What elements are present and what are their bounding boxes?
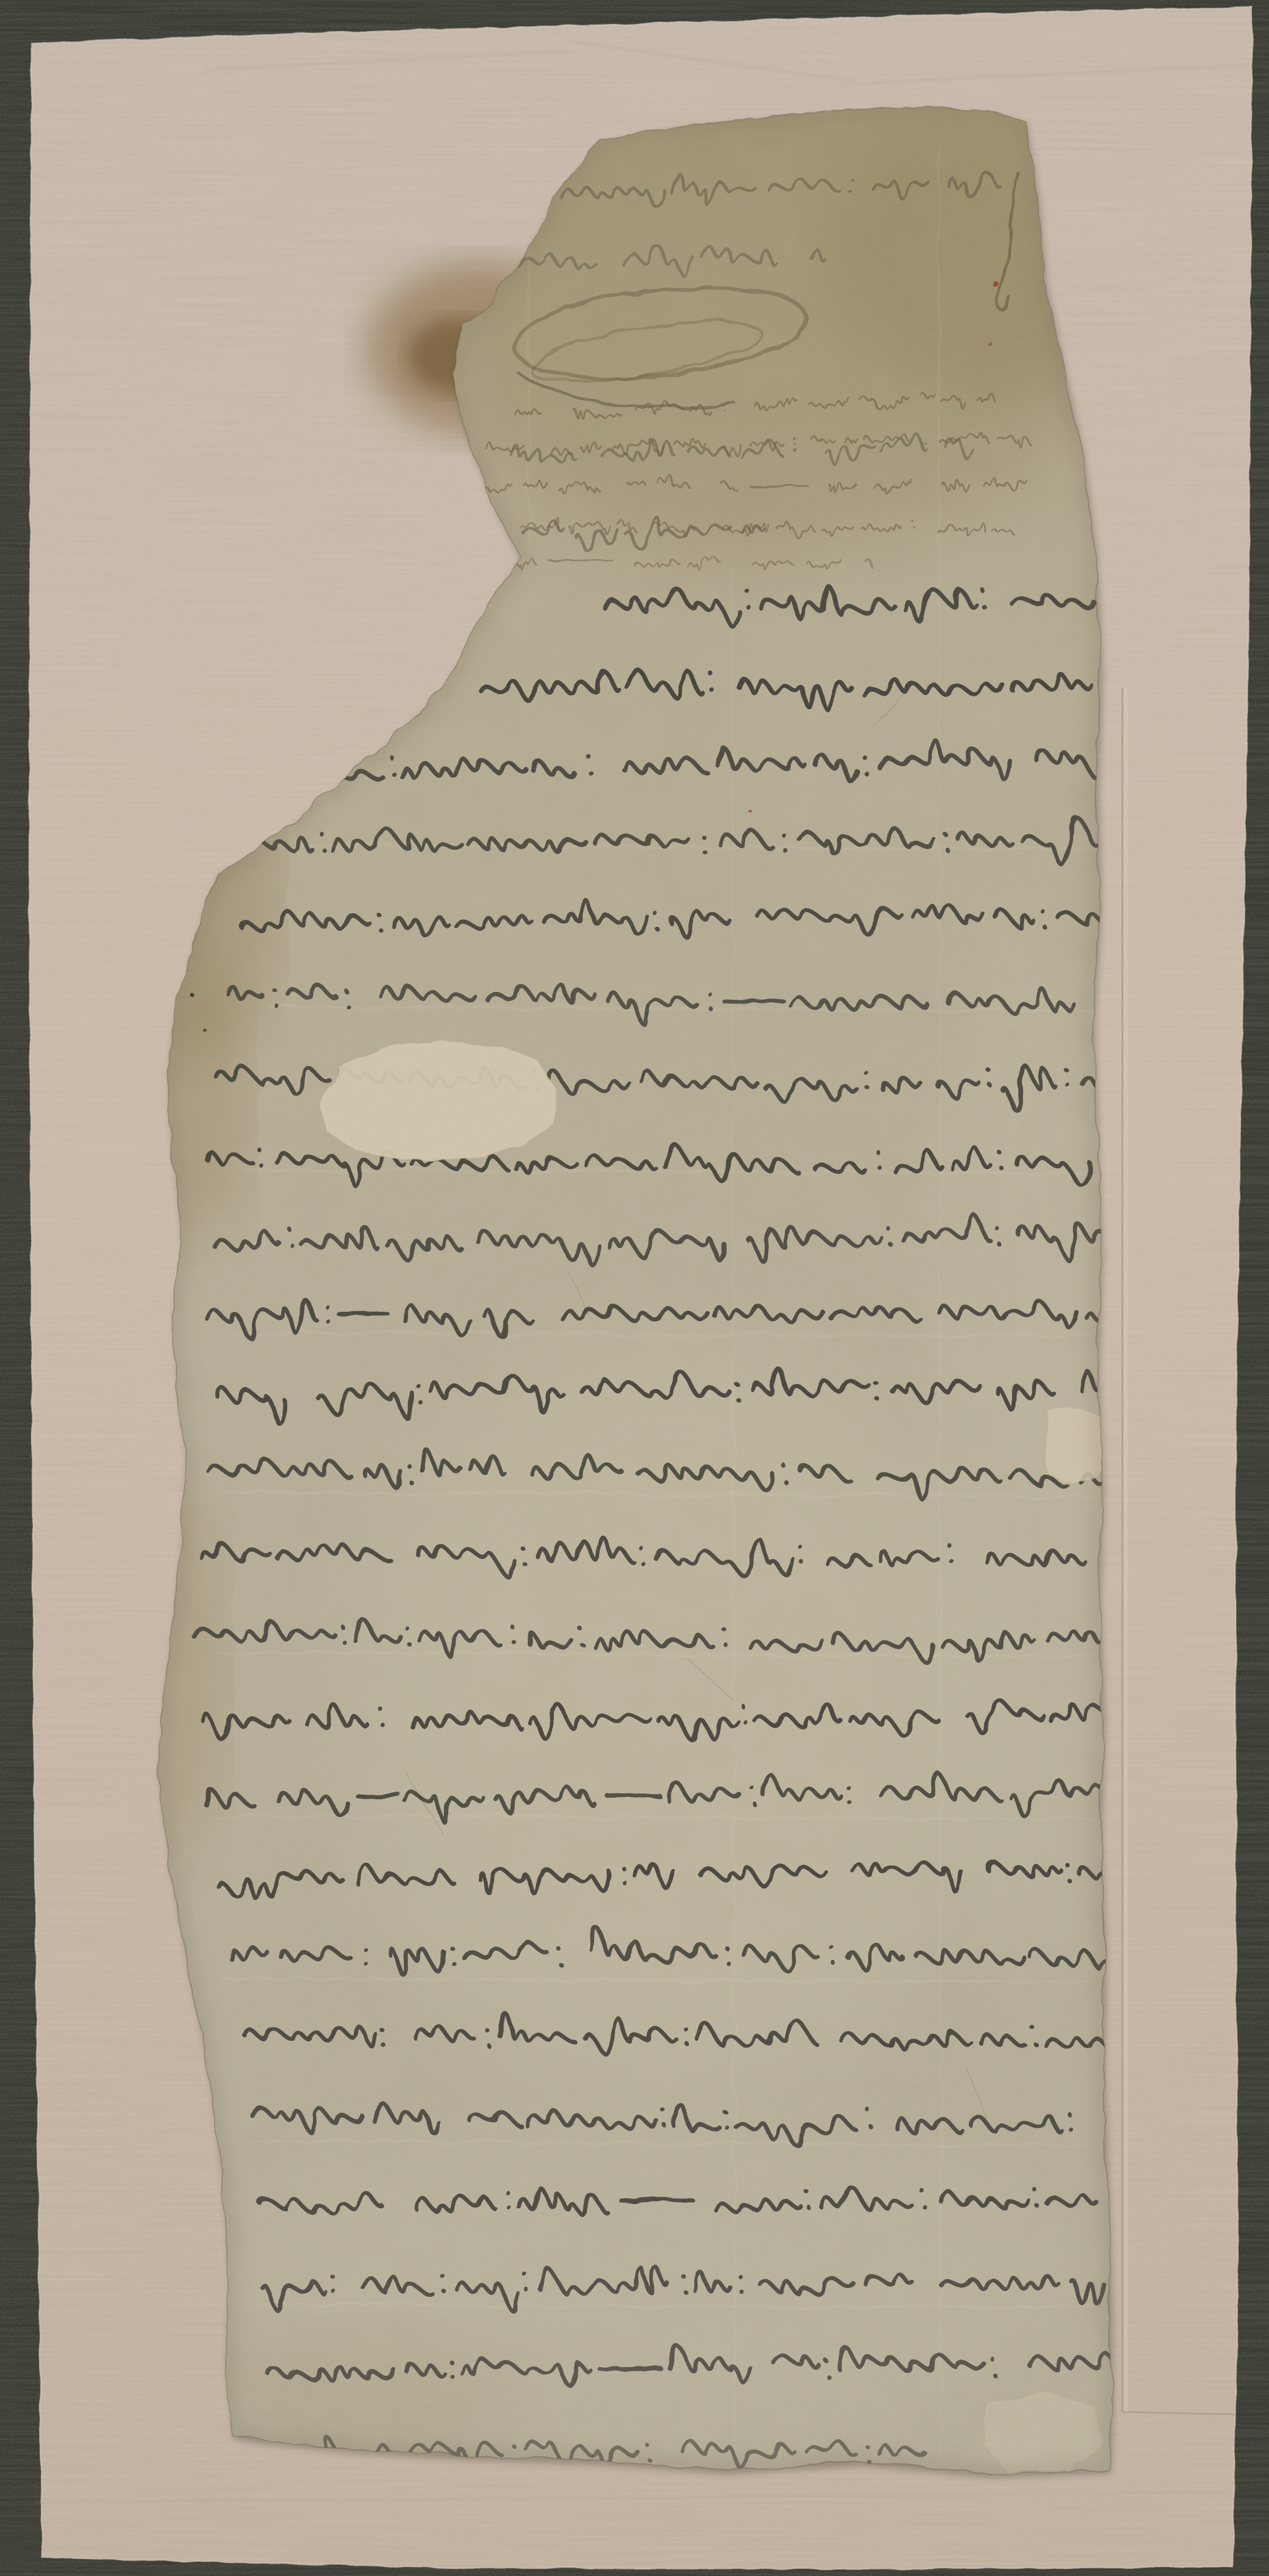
photo-grain-dark [0, 0, 1269, 2576]
manuscript-photo [0, 0, 1269, 2576]
scene-svg [0, 0, 1269, 2576]
